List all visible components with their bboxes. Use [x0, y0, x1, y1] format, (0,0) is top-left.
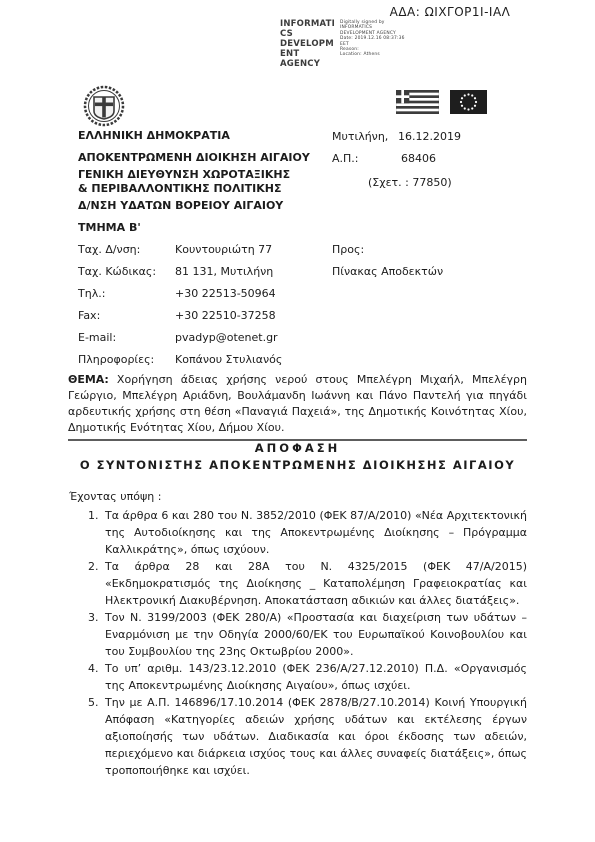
issue-date: 16.12.2019: [398, 130, 461, 143]
contact-row: Τηλ.: +30 22513-50964: [78, 287, 282, 309]
legal-basis-item: 4. Το υπ’ αριθμ. 143/23.12.2010 (ΦΕΚ 236…: [68, 660, 527, 694]
contact-row: Ταχ. Δ/νση: Κουντουριώτη 77: [78, 243, 282, 265]
digital-signature-stamp: INFORMATICS DEVELOPMENT AGENCY Digitally…: [280, 19, 405, 69]
org-line-department: ΤΜΗΜΑ Β': [78, 221, 310, 234]
document-page: ΑΔΑ: ΩΙΧΓΟΡ1Ι-ΙΑΛ INFORMATICS DEVELOPMEN…: [0, 0, 595, 842]
protocol-label: Α.Π.:: [332, 152, 359, 165]
item-text: Τον Ν. 3199/2003 (ΦΕΚ 280/Α) «Προστασία …: [105, 611, 527, 658]
greece-flag-icon: [396, 90, 439, 114]
decision-subtitle: Ο ΣΥΝΤΟΝΙΣΤΗΣ ΑΠΟΚΕΝΤΡΩΜΕΝΗΣ ΔΙΟΙΚΗΣΗΣ Α…: [68, 458, 527, 472]
stamp-agency-name: INFORMATICS DEVELOPMENT AGENCY: [280, 19, 336, 69]
issuing-authority-block: ΕΛΛΗΝΙΚΗ ΔΗΜΟΚΡΑΤΙΑ ΑΠΟΚΕΝΤΡΩΜΕΝΗ ΔΙΟΙΚΗ…: [78, 129, 310, 234]
org-line: Δ/ΝΣΗ ΥΔΑΤΩΝ ΒΟΡΕΙΟΥ ΑΙΓΑΙΟΥ: [78, 199, 310, 212]
org-line: ΑΠΟΚΕΝΤΡΩΜΕΝΗ ΔΙΟΙΚΗΣΗ ΑΙΓΑΙΟΥ: [78, 151, 310, 164]
greek-state-emblem-icon: [83, 85, 125, 131]
legal-basis-item: 3. Τον Ν. 3199/2003 (ΦΕΚ 280/Α) «Προστασ…: [68, 609, 527, 660]
recipient-value: Πίνακας Αποδεκτών: [332, 265, 443, 287]
contact-email-value: pvadyp@otenet.gr: [175, 331, 278, 344]
item-text: Την με Α.Π. 146896/17.10.2014 (ΦΕΚ 2878/…: [105, 696, 527, 777]
contact-row: E-mail: pvadyp@otenet.gr: [78, 331, 282, 353]
legal-basis-item: 1. Τα άρθρα 6 και 280 του Ν. 3852/2010 (…: [68, 507, 527, 558]
org-line: ΓΕΝΙΚΗ ΔΙΕΥΘΥΝΣΗ ΧΩΡΟΤΑΞΙΚΗΣ: [78, 168, 310, 181]
item-number: 3.: [88, 609, 99, 626]
item-number: 1.: [88, 507, 99, 524]
contact-details-table: Ταχ. Δ/νση: Κουντουριώτη 77 Ταχ. Κώδικας…: [78, 243, 282, 375]
recipient-label: Προς:: [332, 243, 443, 265]
contact-value: +30 22513-50964: [175, 287, 276, 300]
item-text: Τα άρθρα 6 και 280 του Ν. 3852/2010 (ΦΕΚ…: [105, 509, 527, 556]
subject-text: Χορήγηση άδειας χρήσης νερού στους Μπελέ…: [68, 373, 527, 434]
legal-basis-list: 1. Τα άρθρα 6 και 280 του Ν. 3852/2010 (…: [68, 507, 527, 779]
item-number: 4.: [88, 660, 99, 677]
item-number: 2.: [88, 558, 99, 575]
hellenic-republic-title: ΕΛΛΗΝΙΚΗ ΔΗΜΟΚΡΑΤΙΑ: [78, 129, 310, 142]
subject-paragraph: ΘΕΜΑ: Χορήγηση άδειας χρήσης νερού στους…: [68, 372, 527, 441]
legal-basis-item: 5. Την με Α.Π. 146896/17.10.2014 (ΦΕΚ 28…: [68, 694, 527, 779]
subject-label: ΘΕΜΑ:: [68, 373, 109, 386]
contact-label: E-mail:: [78, 331, 175, 344]
contact-row: Ταχ. Κώδικας: 81 131, Μυτιλήνη: [78, 265, 282, 287]
eu-flag-icon: [450, 90, 487, 114]
item-text: Τα άρθρα 28 και 28Α του Ν. 4325/2015 (ΦΕ…: [105, 560, 527, 607]
contact-value: +30 22510-37258: [175, 309, 276, 322]
stamp-line: Date: 2019.12.16 08:37:36: [340, 36, 405, 41]
contact-label: Fax:: [78, 309, 175, 322]
contact-label: Πληροφορίες:: [78, 353, 175, 366]
contact-label: Ταχ. Δ/νση:: [78, 243, 175, 256]
issue-place: Μυτιλήνη,: [332, 130, 388, 143]
stamp-signature-details: Digitally signed by INFORMATICS DEVELOPM…: [340, 19, 405, 69]
preamble-text: Έχοντας υπόψη :: [69, 490, 161, 503]
related-protocol: (Σχετ. : 77850): [368, 176, 452, 189]
contact-value: 81 131, Μυτιλήνη: [175, 265, 273, 278]
legal-basis-item: 2. Τα άρθρα 28 και 28Α του Ν. 4325/2015 …: [68, 558, 527, 609]
recipient-block: Προς: Πίνακας Αποδεκτών: [332, 243, 443, 287]
contact-value: Κουντουριώτη 77: [175, 243, 272, 256]
contact-value: Κοπάνου Στυλιανός: [175, 353, 282, 366]
ada-code: ΑΔΑ: ΩΙΧΓΟΡ1Ι-ΙΑΛ: [280, 5, 595, 19]
contact-label: Τηλ.:: [78, 287, 175, 300]
item-number: 5.: [88, 694, 99, 711]
flags-row: [396, 90, 487, 114]
contact-label: Ταχ. Κώδικας:: [78, 265, 175, 278]
stamp-line: Location: Athens: [340, 52, 405, 57]
protocol-number: 68406: [401, 152, 436, 165]
contact-row: Fax: +30 22510-37258: [78, 309, 282, 331]
decision-title: ΑΠΟΦΑΣΗ: [68, 441, 527, 455]
item-text: Το υπ’ αριθμ. 143/23.12.2010 (ΦΕΚ 236/Α/…: [105, 662, 527, 692]
org-line: & ΠΕΡΙΒΑΛΛΟΝΤΙΚΗΣ ΠΟΛΙΤΙΚΗΣ: [78, 182, 310, 195]
